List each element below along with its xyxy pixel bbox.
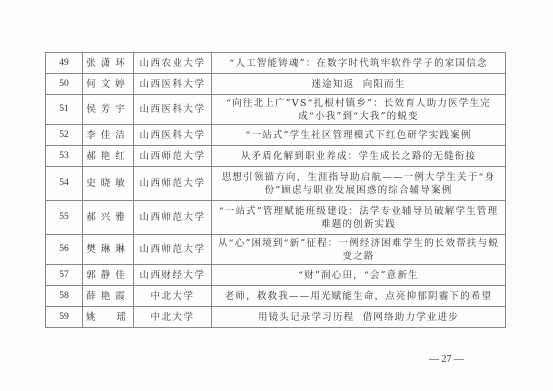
case-title: 用镜头记录学习历程 借网络助力学业进步: [212, 307, 506, 328]
table-row: 54 史晓敏 山西师范大学 思想引领锚方向，生涯指导助启航——一例大学生关于“身…: [46, 167, 506, 201]
case-title: 老师，救救我——用光赋能生命，点亮抑郁阴霾下的希望: [212, 286, 506, 307]
person-name: 侯芳宇: [83, 95, 134, 125]
row-number: 59: [46, 307, 83, 328]
case-title: “一站式”管理赋能班级建设：法学专业辅导员破解学生管理难题的创新实践: [212, 201, 506, 235]
row-number: 51: [46, 95, 83, 125]
table-row: 50 何文婷 山西医科大学 迷途知返 向阳而生: [46, 74, 506, 95]
case-title: 思想引领锚方向，生涯指导助启航——一例大学生关于“身份”顾虑与职业发展困惑的综合…: [212, 167, 506, 201]
row-number: 54: [46, 167, 83, 201]
person-name: 郭静佳: [83, 265, 134, 286]
table-row: 57 郭静佳 山西财经大学 “财”润心田，“会”意新生: [46, 265, 506, 286]
person-name: 姚 瑶: [83, 307, 134, 328]
case-title: 迷途知返 向阳而生: [212, 74, 506, 95]
person-name: 史晓敏: [83, 167, 134, 201]
row-number: 50: [46, 74, 83, 95]
case-title: 从矛盾化解到职业养成：学生成长之路的无缝衔接: [212, 146, 506, 167]
school-name: 山西农业大学: [134, 53, 212, 74]
school-name: 山西医科大学: [134, 125, 212, 146]
document-page: 49 张潇环 山西农业大学 “人工智能铸魂”：在数字时代筑牢软件学子的家国信念 …: [0, 0, 553, 391]
row-number: 53: [46, 146, 83, 167]
school-name: 山西师范大学: [134, 167, 212, 201]
person-name: 郝艳红: [83, 146, 134, 167]
school-name: 山西财经大学: [134, 265, 212, 286]
school-name: 山西师范大学: [134, 201, 212, 235]
case-title: “人工智能铸魂”：在数字时代筑牢软件学子的家国信念: [212, 53, 506, 74]
case-title: 从“心”困境到“新”征程：一例经济困难学生的长效帮扶与蜕变之路: [212, 235, 506, 265]
row-number: 56: [46, 235, 83, 265]
table-row: 49 张潇环 山西农业大学 “人工智能铸魂”：在数字时代筑牢软件学子的家国信念: [46, 53, 506, 74]
case-title: “一站式”学生社区管理模式下红色研学实践案例: [212, 125, 506, 146]
table-row: 55 郝兴雅 山西师范大学 “一站式”管理赋能班级建设：法学专业辅导员破解学生管…: [46, 201, 506, 235]
person-name: 何文婷: [83, 74, 134, 95]
case-title: “向往北上广”VS“扎根村镇乡”：长效育人助力医学生完成“小我”到“大我”的蜕变: [212, 95, 506, 125]
page-number: — 27 —: [0, 354, 553, 365]
school-name: 山西师范大学: [134, 235, 212, 265]
row-number: 57: [46, 265, 83, 286]
awardee-table: 49 张潇环 山西农业大学 “人工智能铸魂”：在数字时代筑牢软件学子的家国信念 …: [45, 52, 506, 328]
person-name: 李佳洁: [83, 125, 134, 146]
person-name: 樊琳琳: [83, 235, 134, 265]
table-row: 59 姚 瑶 中北大学 用镜头记录学习历程 借网络助力学业进步: [46, 307, 506, 328]
school-name: 山西师范大学: [134, 146, 212, 167]
table-row: 53 郝艳红 山西师范大学 从矛盾化解到职业养成：学生成长之路的无缝衔接: [46, 146, 506, 167]
table-row: 58 薛艳霞 中北大学 老师，救救我——用光赋能生命，点亮抑郁阴霾下的希望: [46, 286, 506, 307]
school-name: 中北大学: [134, 286, 212, 307]
table-row: 51 侯芳宇 山西医科大学 “向往北上广”VS“扎根村镇乡”：长效育人助力医学生…: [46, 95, 506, 125]
person-name: 张潇环: [83, 53, 134, 74]
case-title: “财”润心田，“会”意新生: [212, 265, 506, 286]
row-number: 55: [46, 201, 83, 235]
table-row: 52 李佳洁 山西医科大学 “一站式”学生社区管理模式下红色研学实践案例: [46, 125, 506, 146]
person-name: 郝兴雅: [83, 201, 134, 235]
row-number: 49: [46, 53, 83, 74]
school-name: 山西医科大学: [134, 74, 212, 95]
table-row: 56 樊琳琳 山西师范大学 从“心”困境到“新”征程：一例经济困难学生的长效帮扶…: [46, 235, 506, 265]
row-number: 58: [46, 286, 83, 307]
person-name: 薛艳霞: [83, 286, 134, 307]
school-name: 中北大学: [134, 307, 212, 328]
school-name: 山西医科大学: [134, 95, 212, 125]
row-number: 52: [46, 125, 83, 146]
